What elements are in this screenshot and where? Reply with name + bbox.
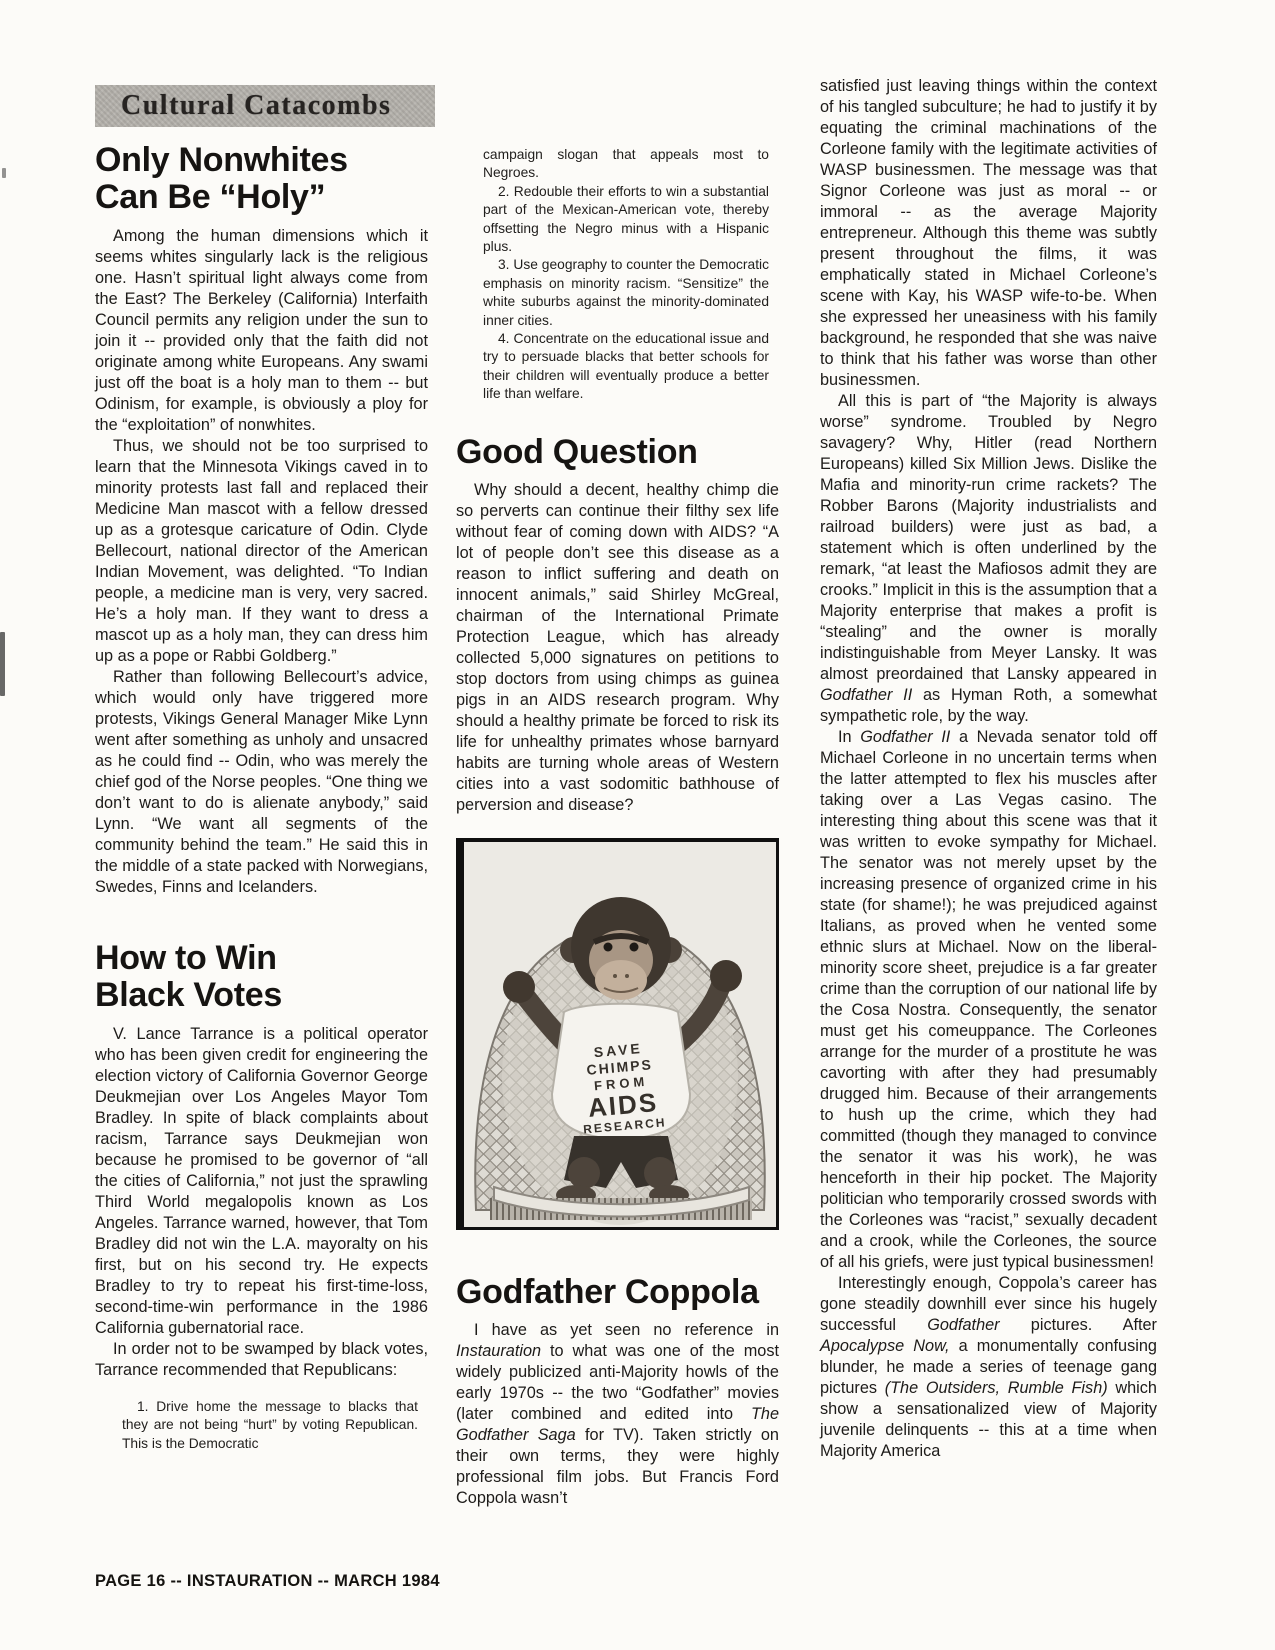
paragraph: Thus, we should not be too surprised to … [95, 436, 428, 667]
paragraph: All this is part of “the Majority is alw… [820, 391, 1157, 727]
paragraph: I have as yet seen no reference in Insta… [456, 1320, 779, 1509]
paragraph: In Godfather II a Nevada senator told of… [820, 727, 1157, 1273]
scan-artifact [0, 632, 5, 696]
list-item: 3. Use geography to counter the Democrat… [456, 256, 779, 330]
paragraph: Among the human dimensions which it seem… [95, 226, 428, 436]
title-line: How to Win [95, 940, 428, 977]
paragraph: In order not to be swamped by black vote… [95, 1339, 428, 1381]
paragraph-continuation: satisfied just leaving things within the… [820, 76, 1157, 391]
scan-artifact [2, 168, 6, 178]
title-line: Only Nonwhites [95, 142, 428, 179]
paragraph: V. Lance Tarrance is a political operato… [95, 1024, 428, 1339]
page-footer: PAGE 16 -- INSTAURATION -- MARCH 1984 [95, 1572, 440, 1591]
list-item: 2. Redouble their efforts to win a subst… [456, 183, 779, 257]
section-banner-title: Cultural Catacombs [121, 90, 391, 122]
chimp-photo: SAVE CHIMPS FROM AIDS RESEARCH [456, 838, 779, 1230]
title-line: Godfather Coppola [456, 1274, 779, 1311]
article-title-only-nonwhites: Only Nonwhites Can Be “Holy” [95, 142, 428, 216]
title-line: Can Be “Holy” [95, 179, 428, 216]
article-title-black-votes: How to Win Black Votes [95, 940, 428, 1014]
chimp-photo-illustration: SAVE CHIMPS FROM AIDS RESEARCH [464, 842, 776, 1227]
list-item: 4. Concentrate on the educational issue … [456, 330, 779, 404]
article-title-good-question: Good Question [456, 434, 779, 471]
column-middle: campaign slogan that appeals most to Neg… [456, 146, 779, 1509]
paragraph: Rather than following Bellecourt’s advic… [95, 667, 428, 898]
column-left: Cultural Catacombs Only Nonwhites Can Be… [95, 85, 428, 1453]
list-item: 1. Drive home the message to blacks that… [95, 1398, 428, 1453]
paragraph: Why should a decent, healthy chimp die s… [456, 480, 779, 816]
paragraph: Interestingly enough, Coppola’s career h… [820, 1273, 1157, 1462]
title-line: Black Votes [95, 977, 428, 1014]
article-title-godfather-coppola: Godfather Coppola [456, 1274, 779, 1311]
section-banner: Cultural Catacombs [95, 85, 435, 127]
column-right: satisfied just leaving things within the… [820, 76, 1157, 1462]
list-item-continuation: campaign slogan that appeals most to Neg… [456, 146, 779, 183]
title-line: Good Question [456, 434, 779, 471]
